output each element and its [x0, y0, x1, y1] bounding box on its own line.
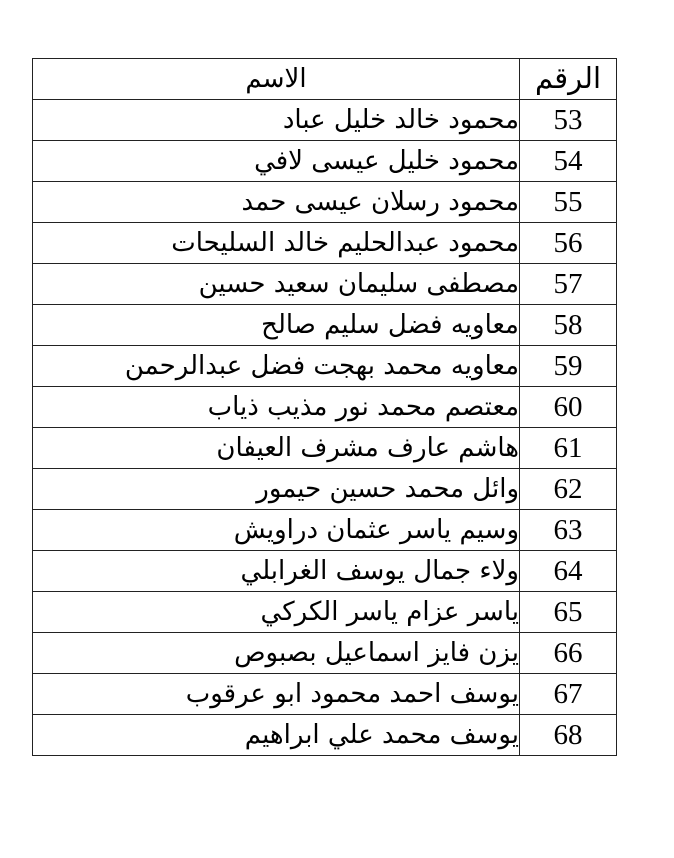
table-row: 57 مصطفى سليمان سعيد حسين: [33, 264, 617, 305]
row-name: معتصم محمد نور مذيب ذياب: [33, 387, 520, 428]
row-name: ياسر عزام ياسر الكركي: [33, 592, 520, 633]
table-row: 58 معاويه فضل سليم صالح: [33, 305, 617, 346]
table-row: 61 هاشم عارف مشرف العيفان: [33, 428, 617, 469]
row-number: 61: [520, 428, 617, 469]
row-name: وائل محمد حسين حيمور: [33, 469, 520, 510]
row-name: يزن فايز اسماعيل بصبوص: [33, 633, 520, 674]
table-row: 56 محمود عبدالحليم خالد السليحات: [33, 223, 617, 264]
row-number: 65: [520, 592, 617, 633]
row-number: 55: [520, 182, 617, 223]
table-row: 55 محمود رسلان عيسى حمد: [33, 182, 617, 223]
row-number: 67: [520, 674, 617, 715]
row-name: يوسف محمد علي ابراهيم: [33, 715, 520, 756]
row-name: هاشم عارف مشرف العيفان: [33, 428, 520, 469]
table-row: 66 يزن فايز اسماعيل بصبوص: [33, 633, 617, 674]
row-number: 60: [520, 387, 617, 428]
row-name: محمود خالد خليل عباد: [33, 100, 520, 141]
row-number: 53: [520, 100, 617, 141]
row-number: 59: [520, 346, 617, 387]
table-row: 68 يوسف محمد علي ابراهيم: [33, 715, 617, 756]
row-name: ولاء جمال يوسف الغرابلي: [33, 551, 520, 592]
table-row: 65 ياسر عزام ياسر الكركي: [33, 592, 617, 633]
row-number: 56: [520, 223, 617, 264]
table-row: 63 وسيم ياسر عثمان دراويش: [33, 510, 617, 551]
row-name: مصطفى سليمان سعيد حسين: [33, 264, 520, 305]
names-table: الرقم الاسم 53 محمود خالد خليل عباد 54 م…: [32, 58, 617, 756]
row-name: معاويه فضل سليم صالح: [33, 305, 520, 346]
row-number: 66: [520, 633, 617, 674]
header-number: الرقم: [520, 59, 617, 100]
table-row: 60 معتصم محمد نور مذيب ذياب: [33, 387, 617, 428]
row-name: محمود عبدالحليم خالد السليحات: [33, 223, 520, 264]
row-number: 54: [520, 141, 617, 182]
row-number: 57: [520, 264, 617, 305]
header-name: الاسم: [33, 59, 520, 100]
row-number: 64: [520, 551, 617, 592]
table-row: 67 يوسف احمد محمود ابو عرقوب: [33, 674, 617, 715]
row-name: معاويه محمد بهجت فضل عبدالرحمن: [33, 346, 520, 387]
table-row: 54 محمود خليل عيسى لافي: [33, 141, 617, 182]
table-header-row: الرقم الاسم: [33, 59, 617, 100]
row-name: محمود رسلان عيسى حمد: [33, 182, 520, 223]
document-page: الرقم الاسم 53 محمود خالد خليل عباد 54 م…: [32, 58, 617, 756]
table-row: 62 وائل محمد حسين حيمور: [33, 469, 617, 510]
table-row: 59 معاويه محمد بهجت فضل عبدالرحمن: [33, 346, 617, 387]
table-row: 64 ولاء جمال يوسف الغرابلي: [33, 551, 617, 592]
row-name: وسيم ياسر عثمان دراويش: [33, 510, 520, 551]
row-number: 62: [520, 469, 617, 510]
row-number: 63: [520, 510, 617, 551]
row-number: 58: [520, 305, 617, 346]
row-name: يوسف احمد محمود ابو عرقوب: [33, 674, 520, 715]
row-number: 68: [520, 715, 617, 756]
row-name: محمود خليل عيسى لافي: [33, 141, 520, 182]
table-row: 53 محمود خالد خليل عباد: [33, 100, 617, 141]
